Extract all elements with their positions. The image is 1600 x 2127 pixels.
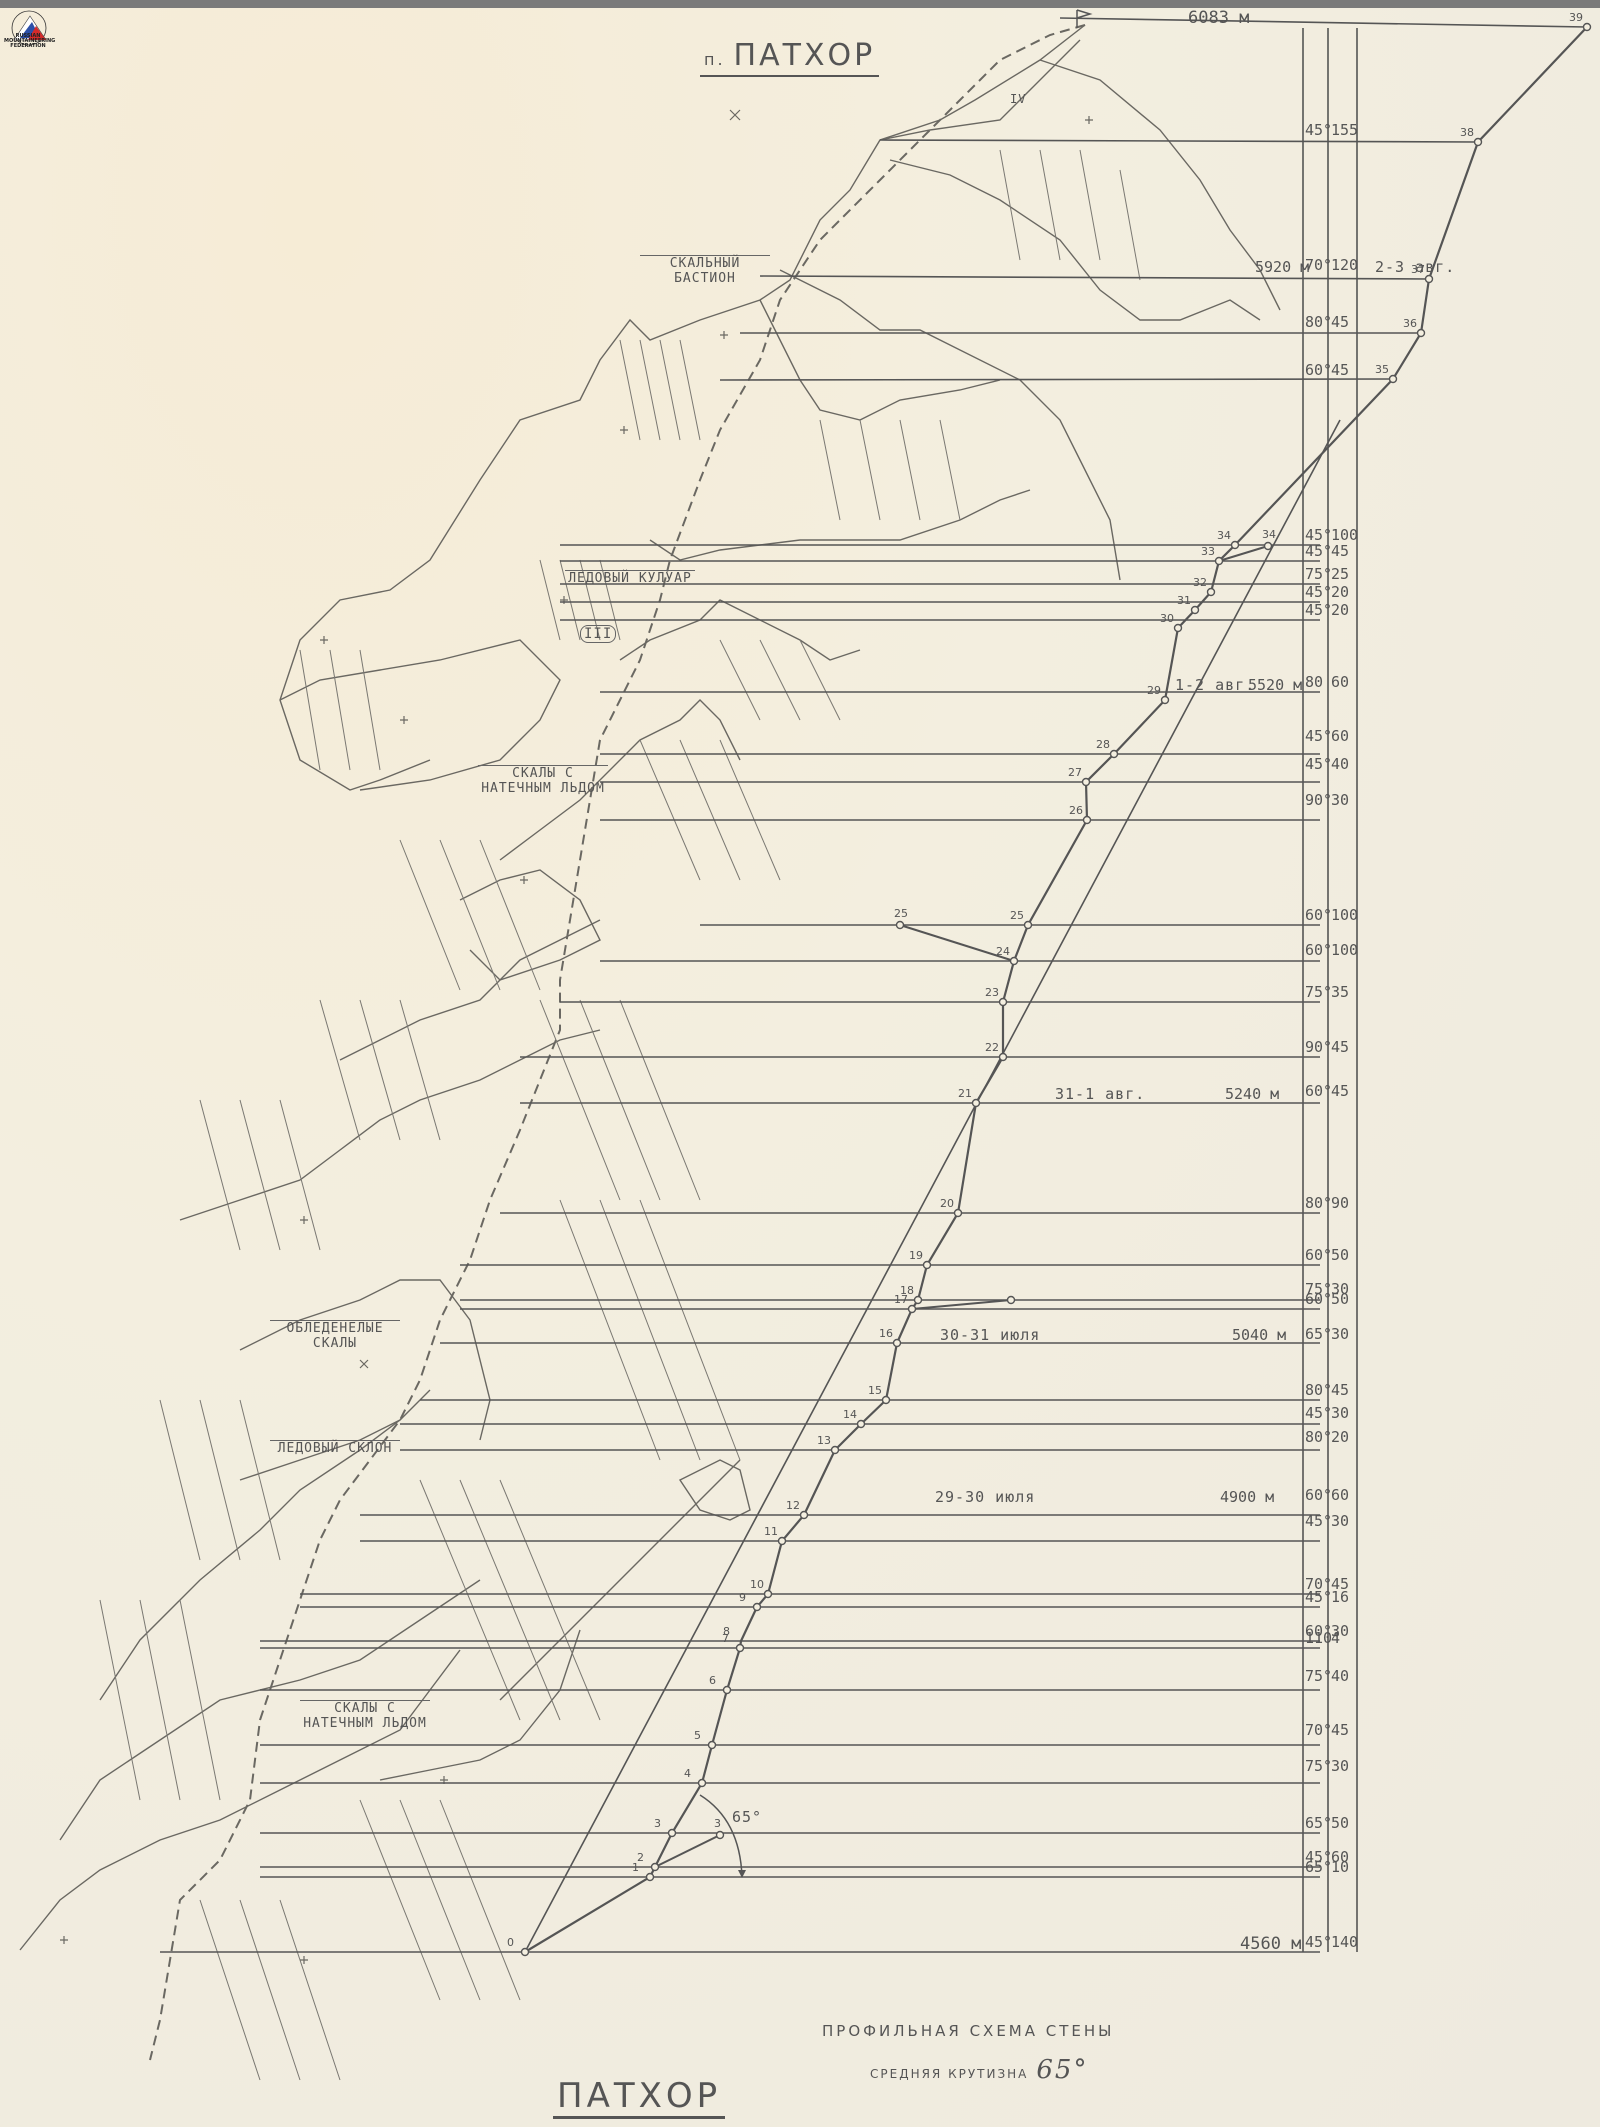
table-length-cell: 140 <box>1331 1933 1358 1951</box>
table-length-cell: 45 <box>1331 313 1349 331</box>
table-angle-cell: 60° <box>1305 361 1332 379</box>
table-angle-cell: 75° <box>1305 1757 1332 1775</box>
table-angle-cell: 45° <box>1305 727 1332 745</box>
diagram-caption-subtitle: СРЕДНЯЯ КРУТИЗНА65° <box>870 2055 1088 2085</box>
table-length-cell: 155 <box>1331 121 1358 139</box>
bivouac-date: 31-1 авг. <box>1055 1085 1145 1103</box>
waypoint-number: 21 <box>958 1087 972 1100</box>
terrain-label: ЛЕДОВЫЙ СКЛОН <box>270 1440 400 1456</box>
waypoint-number: 30 <box>1160 612 1174 625</box>
waypoint-number: 4 <box>684 1767 691 1780</box>
waypoint-number: 16 <box>879 1327 893 1340</box>
waypoint-number: 3 <box>654 1817 661 1830</box>
table-length-cell: 60 <box>1331 1486 1349 1504</box>
table-angle-cell: 90° <box>1305 1038 1332 1056</box>
branch-waypoint-number: 34 <box>1262 528 1276 541</box>
bivouac-altitude: 5240 м <box>1225 1085 1279 1103</box>
table-length-cell: 16 <box>1331 1588 1349 1606</box>
table-angle-cell: 60° <box>1305 1290 1332 1308</box>
table-angle-cell: 65° <box>1305 1325 1332 1343</box>
table-length-cell: 45 <box>1331 361 1349 379</box>
table-angle-cell: 60° <box>1305 1246 1332 1264</box>
table-length-cell: 20 <box>1331 583 1349 601</box>
table-length-cell: 120 <box>1331 256 1358 274</box>
avg-steepness-label: СРЕДНЯЯ КРУТИЗНА <box>870 2067 1028 2081</box>
table-length-cell: 50 <box>1331 1246 1349 1264</box>
terrain-label: СКАЛЫ С НАТЕЧНЫМ ЛЬДОМ <box>478 765 608 796</box>
waypoint-number: 12 <box>786 1499 800 1512</box>
waypoint-number: 10 <box>750 1578 764 1591</box>
table-length-cell: 45 <box>1331 542 1349 560</box>
angle-annotation: 65° <box>732 1808 762 1826</box>
table-length-cell: 45 <box>1331 1721 1349 1739</box>
table-length-cell: 45 <box>1331 1038 1349 1056</box>
waypoint-number: 8 <box>723 1625 730 1638</box>
waypoint-number: 11 <box>764 1525 778 1538</box>
waypoint-number: 34 <box>1217 529 1231 542</box>
table-angle-cell: 45° <box>1305 1588 1332 1606</box>
table-length-cell: 30 <box>1331 1325 1349 1343</box>
table-length-cell: 45 <box>1331 1381 1349 1399</box>
bivouac-altitude: 5920 м <box>1255 258 1309 276</box>
waypoint-number: 31 <box>1177 594 1191 607</box>
route-diagram <box>0 0 1600 2127</box>
table-length-cell: 60 <box>1331 673 1349 691</box>
table-angle-cell: 45° <box>1305 1933 1332 1951</box>
avg-steepness-value: 65° <box>1036 2055 1088 2085</box>
waypoint-number: 25 <box>1010 909 1024 922</box>
waypoint-number: 35 <box>1375 363 1389 376</box>
table-angle-cell: 75° <box>1305 1667 1332 1685</box>
table-length-cell: 45 <box>1331 1082 1349 1100</box>
table-length-cell: 10 <box>1331 1858 1349 1876</box>
waypoint-number: 32 <box>1193 576 1207 589</box>
table-length-cell: 30 <box>1331 791 1349 809</box>
terrain-label: СКАЛЫ С НАТЕЧНЫМ ЛЬДОМ <box>300 1700 430 1731</box>
table-angle-cell: 75° <box>1305 983 1332 1001</box>
base-altitude: 4560 м <box>1240 1934 1301 1954</box>
waypoint-number: 14 <box>843 1408 857 1421</box>
footer-peak-name: ПАТХОР <box>553 2076 725 2119</box>
bivouac-date: 30-31 июля <box>940 1326 1040 1344</box>
table-angle-cell: 80° <box>1305 313 1332 331</box>
table-length-cell: 100 <box>1331 941 1358 959</box>
waypoint-number: 38 <box>1460 126 1474 139</box>
table-angle-cell: 80 <box>1305 673 1323 691</box>
table-length-cell: 40 <box>1331 755 1349 773</box>
waypoint-number: 2 <box>637 1851 644 1864</box>
table-angle-cell: 80° <box>1305 1381 1332 1399</box>
waypoint-number: 5 <box>694 1729 701 1742</box>
waypoint-number: 27 <box>1068 766 1082 779</box>
waypoint-number: 13 <box>817 1434 831 1447</box>
waypoint-number: 29 <box>1147 684 1161 697</box>
table-angle-cell: 65° <box>1305 1814 1332 1832</box>
waypoint-number: 6 <box>709 1674 716 1687</box>
waypoint-number: 18 <box>900 1284 914 1297</box>
table-angle-cell: 60° <box>1305 1082 1332 1100</box>
route-marker-iv: IV <box>1010 92 1026 106</box>
table-angle-cell: 45° <box>1305 1512 1332 1530</box>
waypoint-number: 22 <box>985 1041 999 1054</box>
waypoint-number: 33 <box>1201 545 1215 558</box>
waypoint-number: 26 <box>1069 804 1083 817</box>
table-angle-cell: 60° <box>1305 941 1332 959</box>
table-angle-cell: 60° <box>1305 1486 1332 1504</box>
terrain-label: ОБЛЕДЕНЕЛЫЕ СКАЛЫ <box>270 1320 400 1351</box>
table-angle-cell: 45° <box>1305 542 1332 560</box>
waypoint-number: 20 <box>940 1197 954 1210</box>
bivouac-altitude: 4900 м <box>1220 1488 1274 1506</box>
terrain-label: СКАЛЬНЫЙ БАСТИОН <box>640 255 770 286</box>
waypoint-number: 15 <box>868 1384 882 1397</box>
table-length-cell: 50 <box>1331 1814 1349 1832</box>
table-length-cell: 100 <box>1331 906 1358 924</box>
table-length-cell: 30 <box>1331 1512 1349 1530</box>
table-length-cell: 50 <box>1331 1290 1349 1308</box>
waypoint-number: 39 <box>1569 11 1583 24</box>
bivouac-date: 29-30 июля <box>935 1488 1035 1506</box>
branch-waypoint-number: 25 <box>894 907 908 920</box>
table-angle-cell: 45° <box>1305 1404 1332 1422</box>
table-length-cell: 40 <box>1331 1667 1349 1685</box>
bivouac-altitude: 5040 м <box>1232 1326 1286 1344</box>
waypoint-number: 28 <box>1096 738 1110 751</box>
table-length-cell: 30 <box>1331 1757 1349 1775</box>
table-length-cell: 20 <box>1331 601 1349 619</box>
waypoint-number: 19 <box>909 1249 923 1262</box>
table-length-cell: 90 <box>1331 1194 1349 1212</box>
table-angle-cell: 45° <box>1305 583 1332 601</box>
table-angle-cell: 65° <box>1305 1858 1332 1876</box>
table-angle-cell: 45° <box>1305 601 1332 619</box>
table-angle-cell: 70° <box>1305 256 1332 274</box>
waypoint-number: 37 <box>1411 263 1425 276</box>
table-angle-cell: 45° <box>1305 121 1332 139</box>
table-angle-cell: 60° <box>1305 906 1332 924</box>
table-angle-cell: 80° <box>1305 1194 1332 1212</box>
table-length-cell: 30 <box>1331 1404 1349 1422</box>
diagram-caption-title: ПРОФИЛЬНАЯ СХЕМА СТЕНЫ <box>822 2022 1114 2040</box>
route-profile-line <box>525 27 1587 1952</box>
waypoint-number: 9 <box>739 1591 746 1604</box>
table-length-cell: 4 <box>1331 1629 1340 1647</box>
average-slope-line <box>525 420 1340 1952</box>
waypoint-number: 36 <box>1403 317 1417 330</box>
table-length-cell: 60 <box>1331 727 1349 745</box>
branch-waypoint-number: 3 <box>714 1817 721 1830</box>
table-length-cell: 20 <box>1331 1428 1349 1446</box>
bivouac-date: 1-2 авг. <box>1175 676 1255 694</box>
table-length-cell: 25 <box>1331 565 1349 583</box>
table-angle-cell: 45° <box>1305 755 1332 773</box>
waypoint-number: 0 <box>507 1936 514 1949</box>
summit-altitude: 6083 м <box>1188 8 1249 28</box>
table-angle-cell: 90° <box>1305 791 1332 809</box>
terrain-label: ЛЕДОВЫЙ КУЛУАР <box>565 570 695 586</box>
section-lines <box>160 18 1587 1952</box>
table-angle-cell: 70° <box>1305 1721 1332 1739</box>
waypoint-markers <box>522 24 1591 1956</box>
bivouac-altitude: 5520 м <box>1248 676 1302 694</box>
table-length-cell: 35 <box>1331 983 1349 1001</box>
table-angle-cell: 75° <box>1305 565 1332 583</box>
route-marker-iii: III <box>580 625 616 643</box>
table-angle-cell: 80° <box>1305 1428 1332 1446</box>
side-branches <box>655 546 1268 1867</box>
waypoint-number: 23 <box>985 986 999 999</box>
waypoint-number: 24 <box>996 945 1010 958</box>
